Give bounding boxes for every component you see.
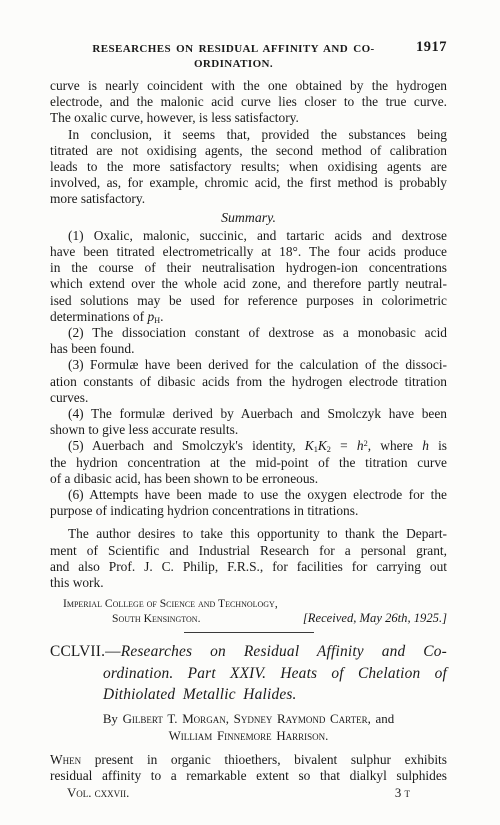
text-line: titrated are not oxidising agents, the s…	[50, 143, 447, 159]
text-line: When present in organic thioethers, biva…	[50, 752, 447, 768]
text-line: (5) Auerbach and Smolczyk's identity, K1…	[50, 438, 447, 454]
summary-item-6: (6) Attempts have been made to use the o…	[50, 487, 447, 519]
text-line: leads to the more satisfactory results; …	[50, 159, 447, 175]
text-line: Dithiolated Metallic Halides.	[50, 684, 447, 706]
article-title: CCLVII.—Researches on Residual Affinity …	[50, 641, 447, 706]
text-line: The author desires to take this opportun…	[50, 526, 447, 542]
volume-label: Vol. cxxvii.	[67, 785, 129, 801]
paragraph-continuation: curve is nearly coincident with the one …	[50, 78, 447, 127]
paragraph-conclusion: In conclusion, it seems that, provided t…	[50, 127, 447, 208]
text-line: in the course of their neutralisation hy…	[50, 260, 447, 276]
text-line: this work.	[50, 575, 447, 591]
summary-item-4: (4) The formulæ derived by Auerbach and …	[50, 406, 447, 438]
text-line: the hydrion concentration at the mid-poi…	[50, 455, 447, 471]
text-line: shown to give less accurate results.	[50, 422, 447, 438]
text-line: determinations of pH.	[50, 309, 447, 325]
text-line: involved, as, for example, chromic acid,…	[50, 175, 447, 191]
acknowledgment-paragraph: The author desires to take this opportun…	[50, 526, 447, 591]
signature-mark: 3 t	[395, 785, 410, 801]
byline-line-2: William Finnemore Harrison.	[50, 728, 447, 745]
journal-page: RESEARCHES ON RESIDUAL AFFINITY AND CO-O…	[0, 0, 500, 825]
text-line: (2) The dissociation constant of dextros…	[50, 325, 447, 341]
text-line: CCLVII.—Researches on Residual Affinity …	[50, 641, 447, 663]
summary-item-2: (2) The dissociation constant of dextros…	[50, 325, 447, 357]
received-date-note: [Received, May 26th, 1925.]	[303, 611, 447, 626]
text-line: curve is nearly coincident with the one …	[50, 78, 447, 94]
opening-paragraph: When present in organic thioethers, biva…	[50, 752, 447, 784]
text-line: ised solutions may be used for reference…	[50, 293, 447, 309]
summary-heading: Summary.	[50, 210, 447, 226]
text-line: of a dibasic acid, has been shown to be …	[50, 471, 447, 487]
byline-line-1: By Gilbert T. Morgan, Sydney Raymond Car…	[50, 711, 447, 728]
running-title: RESEARCHES ON RESIDUAL AFFINITY AND CO-O…	[50, 42, 447, 72]
text-line: (3) Formulæ have been derived for the ca…	[50, 357, 447, 373]
affiliation-institution: Imperial College of Science and Technolo…	[50, 596, 447, 611]
text-line: residual affinity to a remarkable extent…	[50, 768, 447, 784]
page-footer: Vol. cxxvii. 3 t	[50, 785, 447, 801]
article-conclusion-section: curve is nearly coincident with the one …	[50, 78, 447, 626]
text-line: ation constants of dibasic acids from th…	[50, 374, 447, 390]
text-line: (6) Attempts have been made to use the o…	[50, 487, 447, 503]
affiliation-block: Imperial College of Science and Technolo…	[50, 596, 447, 626]
section-divider-rule	[184, 632, 314, 633]
next-article-section: CCLVII.—Researches on Residual Affinity …	[50, 641, 447, 784]
text-line: ment of Scientific and Industrial Resear…	[50, 543, 447, 559]
text-line: The oxalic curve, however, is less satis…	[50, 110, 447, 126]
text-line: and also Prof. J. C. Philip, F.R.S., for…	[50, 559, 447, 575]
text-line: more satisfactory.	[50, 191, 447, 207]
running-header: RESEARCHES ON RESIDUAL AFFINITY AND CO-O…	[50, 42, 447, 72]
summary-item-3: (3) Formulæ have been derived for the ca…	[50, 357, 447, 406]
text-line: (1) Oxalic, malonic, succinic, and tarta…	[50, 228, 447, 244]
affiliation-row: South Kensington. [Received, May 26th, 1…	[50, 611, 447, 626]
page-number: 1917	[416, 40, 447, 55]
summary-item-1: (1) Oxalic, malonic, succinic, and tarta…	[50, 228, 447, 325]
text-line: ordination. Part XXIV. Heats of Chelatio…	[50, 663, 447, 685]
summary-item-5: (5) Auerbach and Smolczyk's identity, K1…	[50, 438, 447, 487]
text-line: purpose of indicating hydrion concentrat…	[50, 503, 447, 519]
authors-byline: By Gilbert T. Morgan, Sydney Raymond Car…	[50, 711, 447, 744]
text-line: In conclusion, it seems that, provided t…	[50, 127, 447, 143]
affiliation-location: South Kensington.	[112, 611, 200, 626]
text-line: has been found.	[50, 341, 447, 357]
text-line: (4) The formulæ derived by Auerbach and …	[50, 406, 447, 422]
text-line: which extend over the whole acid zone, a…	[50, 276, 447, 292]
text-line: electrode, and the malonic acid curve li…	[50, 94, 447, 110]
text-line: have been titrated electrometrically at …	[50, 244, 447, 260]
text-line: curves.	[50, 390, 447, 406]
